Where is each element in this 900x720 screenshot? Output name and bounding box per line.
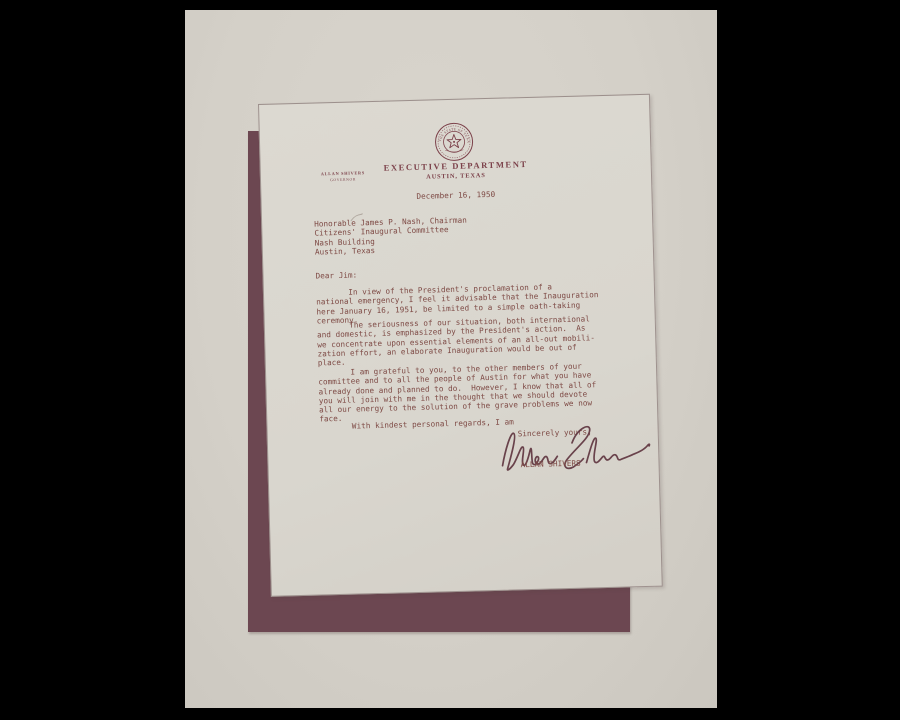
- letter-paper: THE STATE OF TEXAS EXECUTIVE DEPARTMENT …: [258, 94, 663, 597]
- pencil-mark: [350, 206, 364, 215]
- governor-name-block: ALLAN SHIVERS GOVERNOR: [313, 170, 373, 182]
- texas-state-seal-icon: THE STATE OF TEXAS: [431, 119, 476, 164]
- photograph-of-letter: THE STATE OF TEXAS EXECUTIVE DEPARTMENT …: [185, 10, 717, 708]
- typed-signature-name: ALLAN SHIVERS: [520, 459, 580, 470]
- governor-name: ALLAN SHIVERS: [313, 170, 373, 177]
- letterboxed-photo-page: THE STATE OF TEXAS EXECUTIVE DEPARTMENT …: [0, 0, 900, 720]
- salutation: Dear Jim:: [315, 270, 357, 280]
- letter-date: December 16, 1950: [416, 190, 495, 201]
- paragraph-3: I am grateful to you, to the other membe…: [318, 361, 597, 424]
- paragraph-2: The seriousness of our situation, both i…: [317, 314, 596, 368]
- recipient-address: Honorable James P. Nash, Chairman Citize…: [314, 216, 468, 257]
- handwritten-signature: [491, 417, 652, 479]
